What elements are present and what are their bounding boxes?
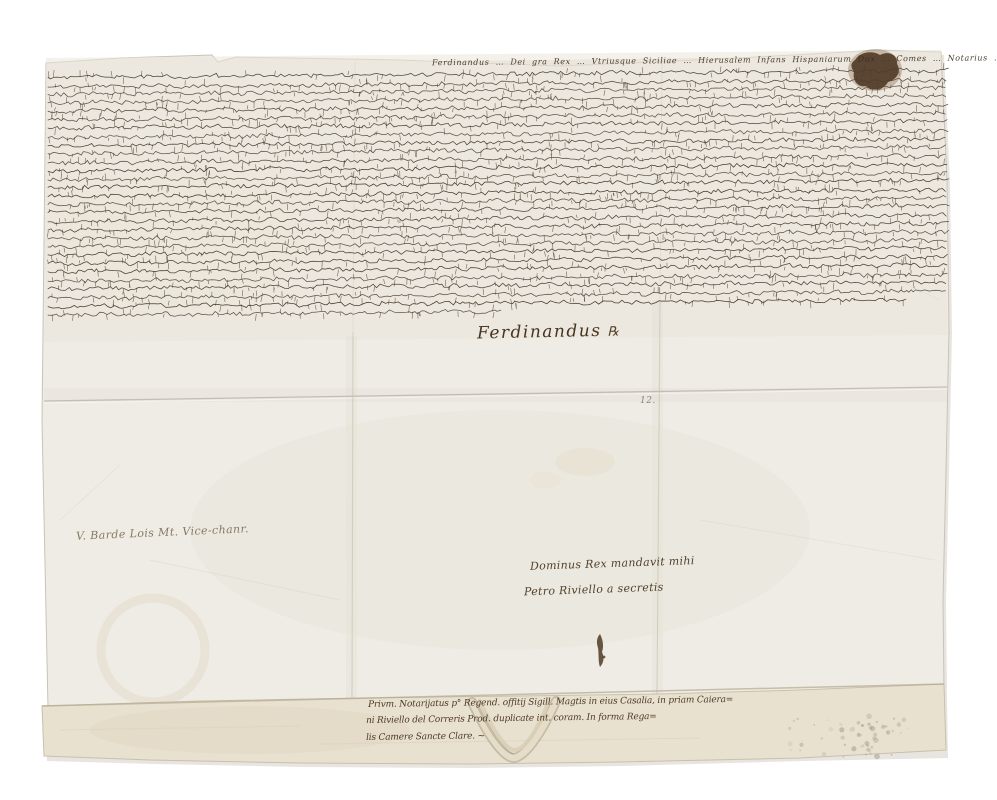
ink-blot-dot: [603, 656, 606, 659]
royal-signature-text: Ferdinandus: [477, 321, 602, 344]
plica-registration-note-line3: lis Camere Sancte Clare. ~: [366, 731, 485, 743]
signature-paraph: ℞: [607, 324, 620, 339]
photo-of-parchment-charter: Ferdinandus … Dei gra Rex … Vtriusque Si…: [0, 0, 997, 800]
archival-number: 12.: [640, 396, 656, 406]
faint-stain: [529, 472, 561, 488]
faint-stain: [555, 448, 615, 476]
royal-signature: Ferdinandus℞: [477, 320, 621, 343]
surface-mottling: [190, 410, 810, 650]
surface-mottling: [60, 170, 300, 310]
plica-shading: [90, 706, 410, 754]
horizontal-fold-shading: [44, 388, 947, 402]
parchment-artwork: [0, 0, 997, 800]
